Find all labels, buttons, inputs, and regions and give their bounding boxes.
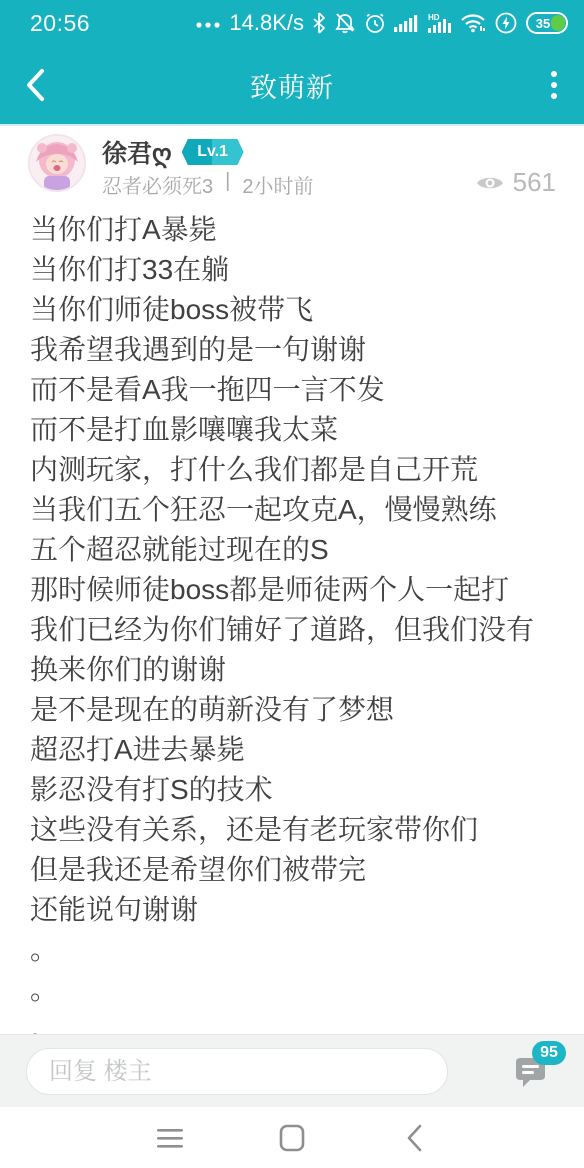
post-line: 五个超忍就能过现在的S bbox=[30, 530, 554, 570]
post-line: 。 bbox=[30, 930, 554, 970]
battery-icon: 35 bbox=[526, 12, 568, 34]
post-line: 内测玩家，打什么我们都是自己开荒 bbox=[30, 450, 554, 490]
page-title: 致萌新 bbox=[250, 66, 334, 105]
kebab-menu-icon bbox=[550, 68, 558, 102]
network-speed: 14.8K/s bbox=[229, 10, 304, 36]
author-name[interactable]: 徐君ღ bbox=[102, 134, 172, 170]
post-line: 那时候师徒boss都是师徒两个人一起打 bbox=[30, 570, 554, 610]
more-menu-button[interactable] bbox=[524, 45, 584, 125]
android-nav-bar bbox=[0, 1107, 584, 1168]
post-line: 是不是现在的萌新没有了梦想 bbox=[30, 690, 554, 730]
clock-time: 20:56 bbox=[30, 10, 90, 37]
post-meta: 忍者必须死3 | 2小时前 bbox=[102, 170, 313, 199]
post-line: 当你们打A暴毙 bbox=[30, 210, 554, 250]
post-line: 还能说句谢谢 bbox=[30, 890, 554, 930]
post-line: 超忍打A进去暴毙 bbox=[30, 730, 554, 770]
svg-text:HD: HD bbox=[428, 13, 440, 22]
post-line: 而不是打血影嚷嚷我太菜 bbox=[30, 410, 554, 450]
eye-icon bbox=[475, 173, 505, 193]
comment-count-badge: 95 bbox=[532, 1041, 566, 1065]
post-line: 。 bbox=[30, 970, 554, 1010]
post-author-row: 徐君ღ Lv.1 忍者必须死3 | 2小时前 561 bbox=[0, 132, 584, 198]
post-line: 我希望我遇到的是一句谢谢 bbox=[30, 330, 554, 370]
signal-icon bbox=[394, 13, 418, 33]
view-count: 561 bbox=[475, 167, 556, 198]
nav-home-icon bbox=[278, 1123, 306, 1153]
level-badge: Lv.1 bbox=[182, 139, 244, 165]
wifi-icon bbox=[460, 13, 486, 33]
nav-home-button[interactable] bbox=[272, 1118, 312, 1158]
post-body: 当你们打A暴毙当你们打33在躺当你们师徒boss被带飞我希望我遇到的是一句谢谢而… bbox=[0, 210, 584, 1168]
avatar[interactable] bbox=[28, 134, 86, 192]
post-line: 当你们打33在躺 bbox=[30, 250, 554, 290]
signal-hd-icon: HD bbox=[426, 12, 452, 34]
nav-menu-button[interactable] bbox=[150, 1118, 190, 1158]
app-header: 致萌新 bbox=[0, 46, 584, 126]
charging-icon bbox=[494, 11, 518, 35]
battery-fill bbox=[551, 15, 565, 31]
post-time: 2小时前 bbox=[242, 170, 313, 199]
back-button[interactable] bbox=[0, 45, 70, 125]
notification-dots-icon bbox=[195, 18, 221, 28]
post-line: 我们已经为你们铺好了道路，但我们没有换来你们的谢谢 bbox=[30, 610, 554, 690]
game-name: 忍者必须死3 bbox=[102, 170, 213, 199]
app-screen: 20:56 14.8K/s HD bbox=[0, 0, 584, 1168]
post-line: 这些没有关系，还是有老玩家带你们 bbox=[30, 810, 554, 850]
post-line: 但是我还是希望你们被带完 bbox=[30, 850, 554, 890]
bell-muted-icon bbox=[334, 12, 356, 34]
bluetooth-icon bbox=[312, 12, 326, 34]
back-chevron-icon bbox=[24, 68, 46, 102]
post-line: 影忍没有打S的技术 bbox=[30, 770, 554, 810]
nav-back-button[interactable] bbox=[394, 1118, 434, 1158]
meta-separator: | bbox=[225, 170, 230, 199]
reply-bar: 95 bbox=[0, 1034, 584, 1107]
nav-menu-icon bbox=[155, 1127, 185, 1149]
post-line: 当你们师徒boss被带飞 bbox=[30, 290, 554, 330]
battery-percent: 35 bbox=[536, 16, 550, 31]
comments-button[interactable]: 95 bbox=[508, 1041, 566, 1101]
nav-back-icon bbox=[405, 1123, 423, 1153]
post-line: 当我们五个狂忍一起攻克A，慢慢熟练 bbox=[30, 490, 554, 530]
post-line: 而不是看A我一拖四一言不发 bbox=[30, 370, 554, 410]
reply-input[interactable] bbox=[26, 1048, 448, 1095]
view-count-number: 561 bbox=[513, 167, 556, 198]
status-bar: 20:56 14.8K/s HD bbox=[0, 0, 584, 46]
alarm-clock-icon bbox=[364, 12, 386, 34]
